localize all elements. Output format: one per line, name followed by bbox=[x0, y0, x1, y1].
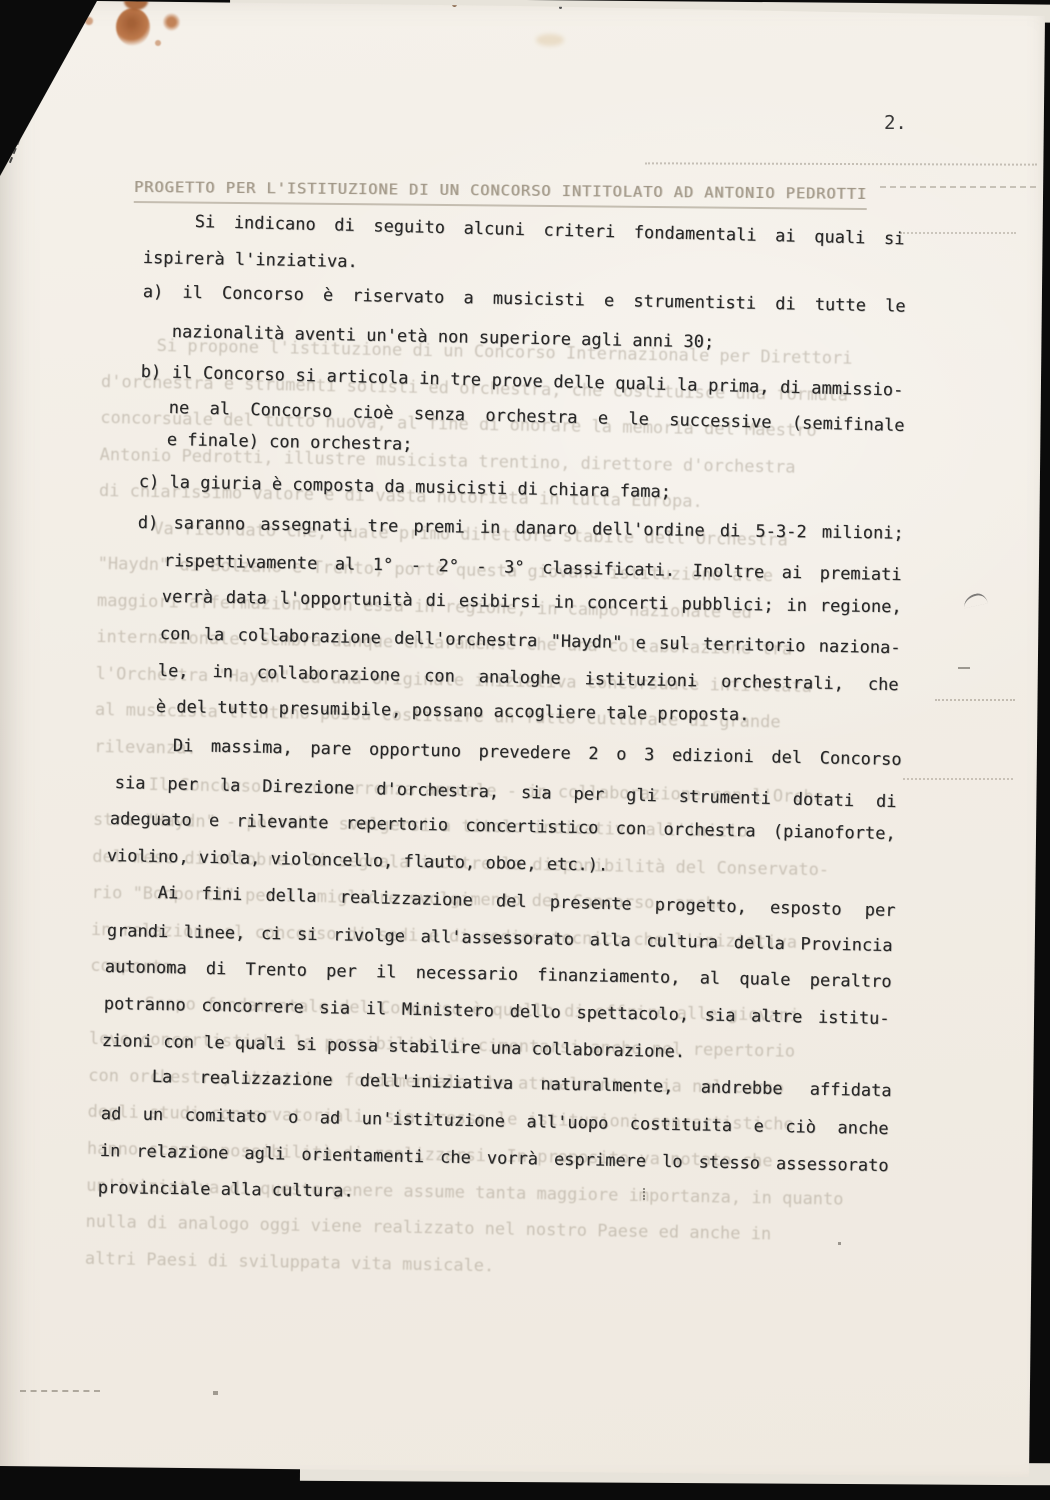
rust-stain bbox=[116, 8, 150, 46]
scan-streak bbox=[645, 162, 1037, 165]
typed-line: ispirerà l'inziativa. bbox=[143, 248, 358, 272]
scan-streak bbox=[880, 186, 1036, 188]
page-number: 2. bbox=[884, 112, 907, 134]
rust-stain bbox=[163, 13, 180, 31]
scan-streak bbox=[900, 232, 1016, 234]
pencil-squiggle-mark bbox=[962, 592, 988, 609]
typed-line: a)ilConcorsoèriservatoamusicistiestrumen… bbox=[143, 282, 906, 317]
typed-line: Siindicanodiseguitoalcunicriterifondamen… bbox=[195, 212, 905, 249]
document-title: PROGETTO PER L'ISTITUZIONE DI UN CONCORS… bbox=[134, 178, 867, 210]
ink-speck bbox=[838, 1242, 841, 1245]
ink-speck bbox=[643, 1188, 647, 1200]
ink-speck bbox=[213, 1391, 218, 1395]
margin-dash-mark bbox=[958, 667, 970, 669]
typed-line: provinciale alla cultura. bbox=[98, 1178, 354, 1202]
scan-streak bbox=[903, 778, 1013, 780]
scan-streak bbox=[20, 1390, 100, 1392]
rust-stain bbox=[85, 17, 93, 25]
scanner-background: Si propone l'istituzione di un Concorso … bbox=[0, 0, 1050, 1500]
smudge-stain bbox=[536, 34, 564, 46]
scan-streak bbox=[935, 699, 1015, 701]
rust-stain bbox=[155, 40, 161, 46]
document-page: Si propone l'istituzione di un Concorso … bbox=[0, 0, 1050, 1500]
